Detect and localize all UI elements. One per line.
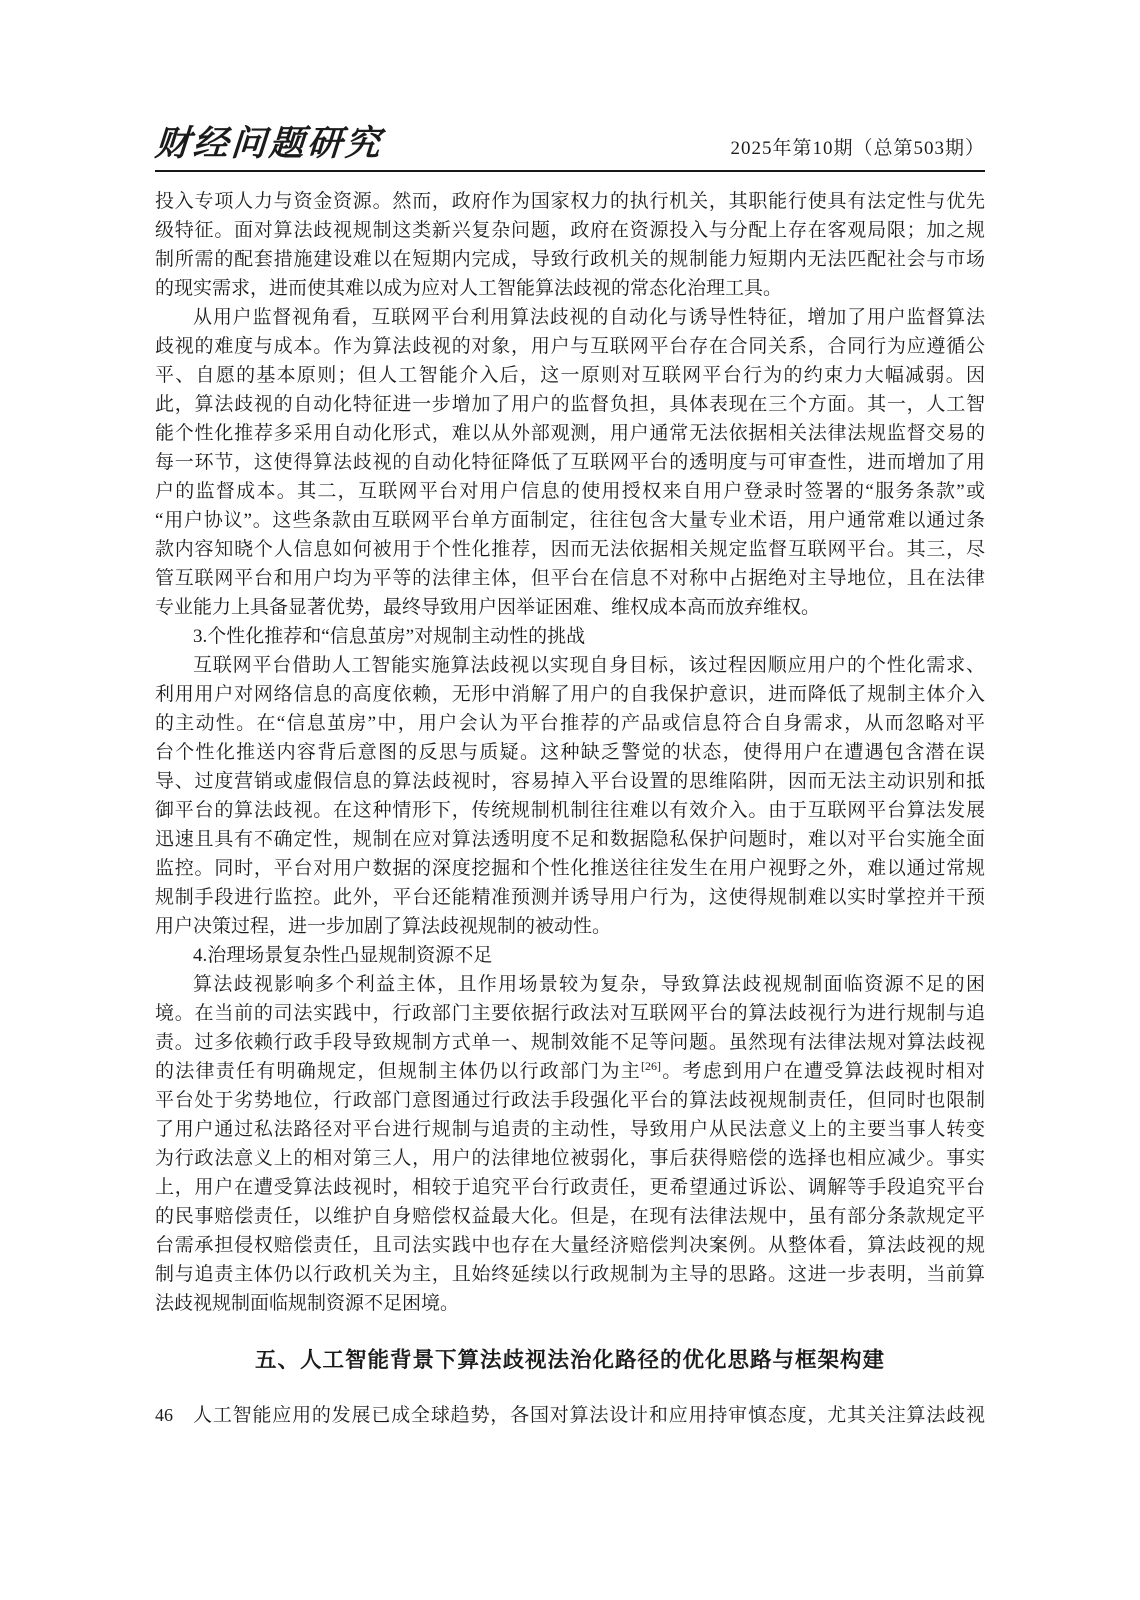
text-line: 境。在当前的司法实践中，行政部门主要依据行政法对互联网平台的算法歧视行为进行规制… xyxy=(155,999,985,1028)
text-line: 的法律责任有明确规定，但规制主体仍以行政部门为主[26]。考虑到用户在遭受算法歧… xyxy=(155,1057,985,1086)
text-line: 的主动性。在“信息茧房”中，用户会认为平台推荐的产品或信息符合自身需求，从而忽略… xyxy=(155,709,985,738)
text-line: 户的监督成本。其二，互联网平台对用户信息的使用授权来自用户登录时签署的“服务条款… xyxy=(155,477,985,506)
text-line: 规制手段进行监控。此外，平台还能精准预测并诱导用户行为，这使得规制难以实时掌控并… xyxy=(155,883,985,912)
text-line: 款内容知晓个人信息如何被用于个性化推荐，因而无法依据相关规定监督互联网平台。其三… xyxy=(155,535,985,564)
text-line: 能个性化推荐多采用自动化形式，难以从外部观测，用户通常无法依据相关法律法规监督交… xyxy=(155,419,985,448)
text-line: 利用用户对网络信息的高度依赖，无形中消解了用户的自我保护意识，进而降低了规制主体… xyxy=(155,680,985,709)
subsection-heading: 3.个性化推荐和“信息茧房”对规制主动性的挑战 xyxy=(155,622,985,651)
text-line: 从用户监督视角看，互联网平台利用算法歧视的自动化与诱导性特征，增加了用户监督算法 xyxy=(155,303,985,332)
text-line: 监控。同时，平台对用户数据的深度挖掘和个性化推送往往发生在用户视野之外，难以通过… xyxy=(155,854,985,883)
text-line: 歧视的难度与成本。作为算法歧视的对象，用户与互联网平台存在合同关系，合同行为应遵… xyxy=(155,332,985,361)
text-line: 御平台的算法歧视。在这种情形下，传统规制机制往往难以有效介入。由于互联网平台算法… xyxy=(155,796,985,825)
text-line: 责。过多依赖行政手段导致规制方式单一、规制效能不足等问题。虽然现有法律法规对算法… xyxy=(155,1028,985,1057)
text-line: 每一环节，这使得算法歧视的自动化特征降低了互联网平台的透明度与可审查性，进而增加… xyxy=(155,448,985,477)
text-line: 的现实需求，进而使其难以成为应对人工智能算法歧视的常态化治理工具。 xyxy=(155,274,985,303)
text-line: 互联网平台借助人工智能实施算法歧视以实现自身目标，该过程因顺应用户的个性化需求、 xyxy=(155,651,985,680)
text-line: 专业能力上具备显著优势，最终导致用户因举证困难、维权成本高而放弃维权。 xyxy=(155,593,985,622)
text-line: 管互联网平台和用户均为平等的法律主体，但平台在信息不对称中占据绝对主导地位，且在… xyxy=(155,564,985,593)
paper-page: 财经问题研究 2025年第10期（总第503期） 投入专项人力与资金资源。然而，… xyxy=(0,0,1140,1430)
text-line: 的民事赔偿责任，以维护自身赔偿权益最大化。但是，在现有法律法规中，虽有部分条款规… xyxy=(155,1202,985,1231)
text-line: 制与追责主体仍以行政机关为主，且始终延续以行政规制为主导的思路。这进一步表明，当… xyxy=(155,1260,985,1289)
text-line: 人工智能应用的发展已成全球趋势，各国对算法设计和应用持审慎态度，尤其关注算法歧视 xyxy=(155,1401,985,1430)
text-line: “用户协议”。这些条款由互联网平台单方面制定，往往包含大量专业术语，用户通常难以… xyxy=(155,506,985,535)
text-line: 制所需的配套措施建设难以在短期内完成，导致行政机关的规制能力短期内无法匹配社会与… xyxy=(155,245,985,274)
article-body: 投入专项人力与资金资源。然而，政府作为国家权力的执行机关，其职能行使具有法定性与… xyxy=(155,187,985,1430)
text-line: 算法歧视影响多个利益主体，且作用场景较为复杂，导致算法歧视规制面临资源不足的困 xyxy=(155,970,985,999)
section-title: 五、人工智能背景下算法歧视法治化路径的优化思路与框架构建 xyxy=(155,1343,985,1374)
text-line: 级特征。面对算法歧视规制这类新兴复杂问题，政府在资源投入与分配上存在客观局限；加… xyxy=(155,216,985,245)
page-number: 46 xyxy=(155,1405,173,1426)
text-line: 此，算法歧视的自动化特征进一步增加了用户的监督负担，具体表现在三个方面。其一，人… xyxy=(155,390,985,419)
journal-logo: 财经问题研究 xyxy=(154,126,384,161)
subsection-heading: 4.治理场景复杂性凸显规制资源不足 xyxy=(155,941,985,970)
text-line: 台需承担侵权赔偿责任，且司法实践中也存在大量经济赔偿判决案例。从整体看，算法歧视… xyxy=(155,1231,985,1260)
text-line: 台个性化推送内容背后意图的反思与质疑。这种缺乏警觉的状态，使得用户在遭遇包含潜在… xyxy=(155,738,985,767)
text-line: 投入专项人力与资金资源。然而，政府作为国家权力的执行机关，其职能行使具有法定性与… xyxy=(155,187,985,216)
page-header: 财经问题研究 2025年第10期（总第503期） xyxy=(155,126,985,172)
text-line: 迅速且具有不确定性，规制在应对算法透明度不足和数据隐私保护问题时，难以对平台实施… xyxy=(155,825,985,854)
text-line: 了用户通过私法路径对平台进行规制与追责的主动性，导致用户从民法意义上的主要当事人… xyxy=(155,1115,985,1144)
text-line: 用户决策过程，进一步加剧了算法歧视规制的被动性。 xyxy=(155,912,985,941)
issue-info: 2025年第10期（总第503期） xyxy=(730,139,985,161)
text-line: 为行政法意义上的相对第三人，用户的法律地位被弱化，事后获得赔偿的选择也相应减少。… xyxy=(155,1144,985,1173)
text-line: 上，用户在遭受算法歧视时，相较于追究平台行政责任，更希望通过诉讼、调解等手段追究… xyxy=(155,1173,985,1202)
footnote-ref: [26] xyxy=(641,1059,661,1073)
text-line: 平、自愿的基本原则；但人工智能介入后，这一原则对互联网平台行为的约束力大幅减弱。… xyxy=(155,361,985,390)
text-line: 平台处于劣势地位，行政部门意图通过行政法手段强化平台的算法歧视规制责任，但同时也… xyxy=(155,1086,985,1115)
text-line: 法歧视规制面临规制资源不足困境。 xyxy=(155,1289,985,1318)
text-line: 导、过度营销或虚假信息的算法歧视时，容易掉入平台设置的思维陷阱，因而无法主动识别… xyxy=(155,767,985,796)
